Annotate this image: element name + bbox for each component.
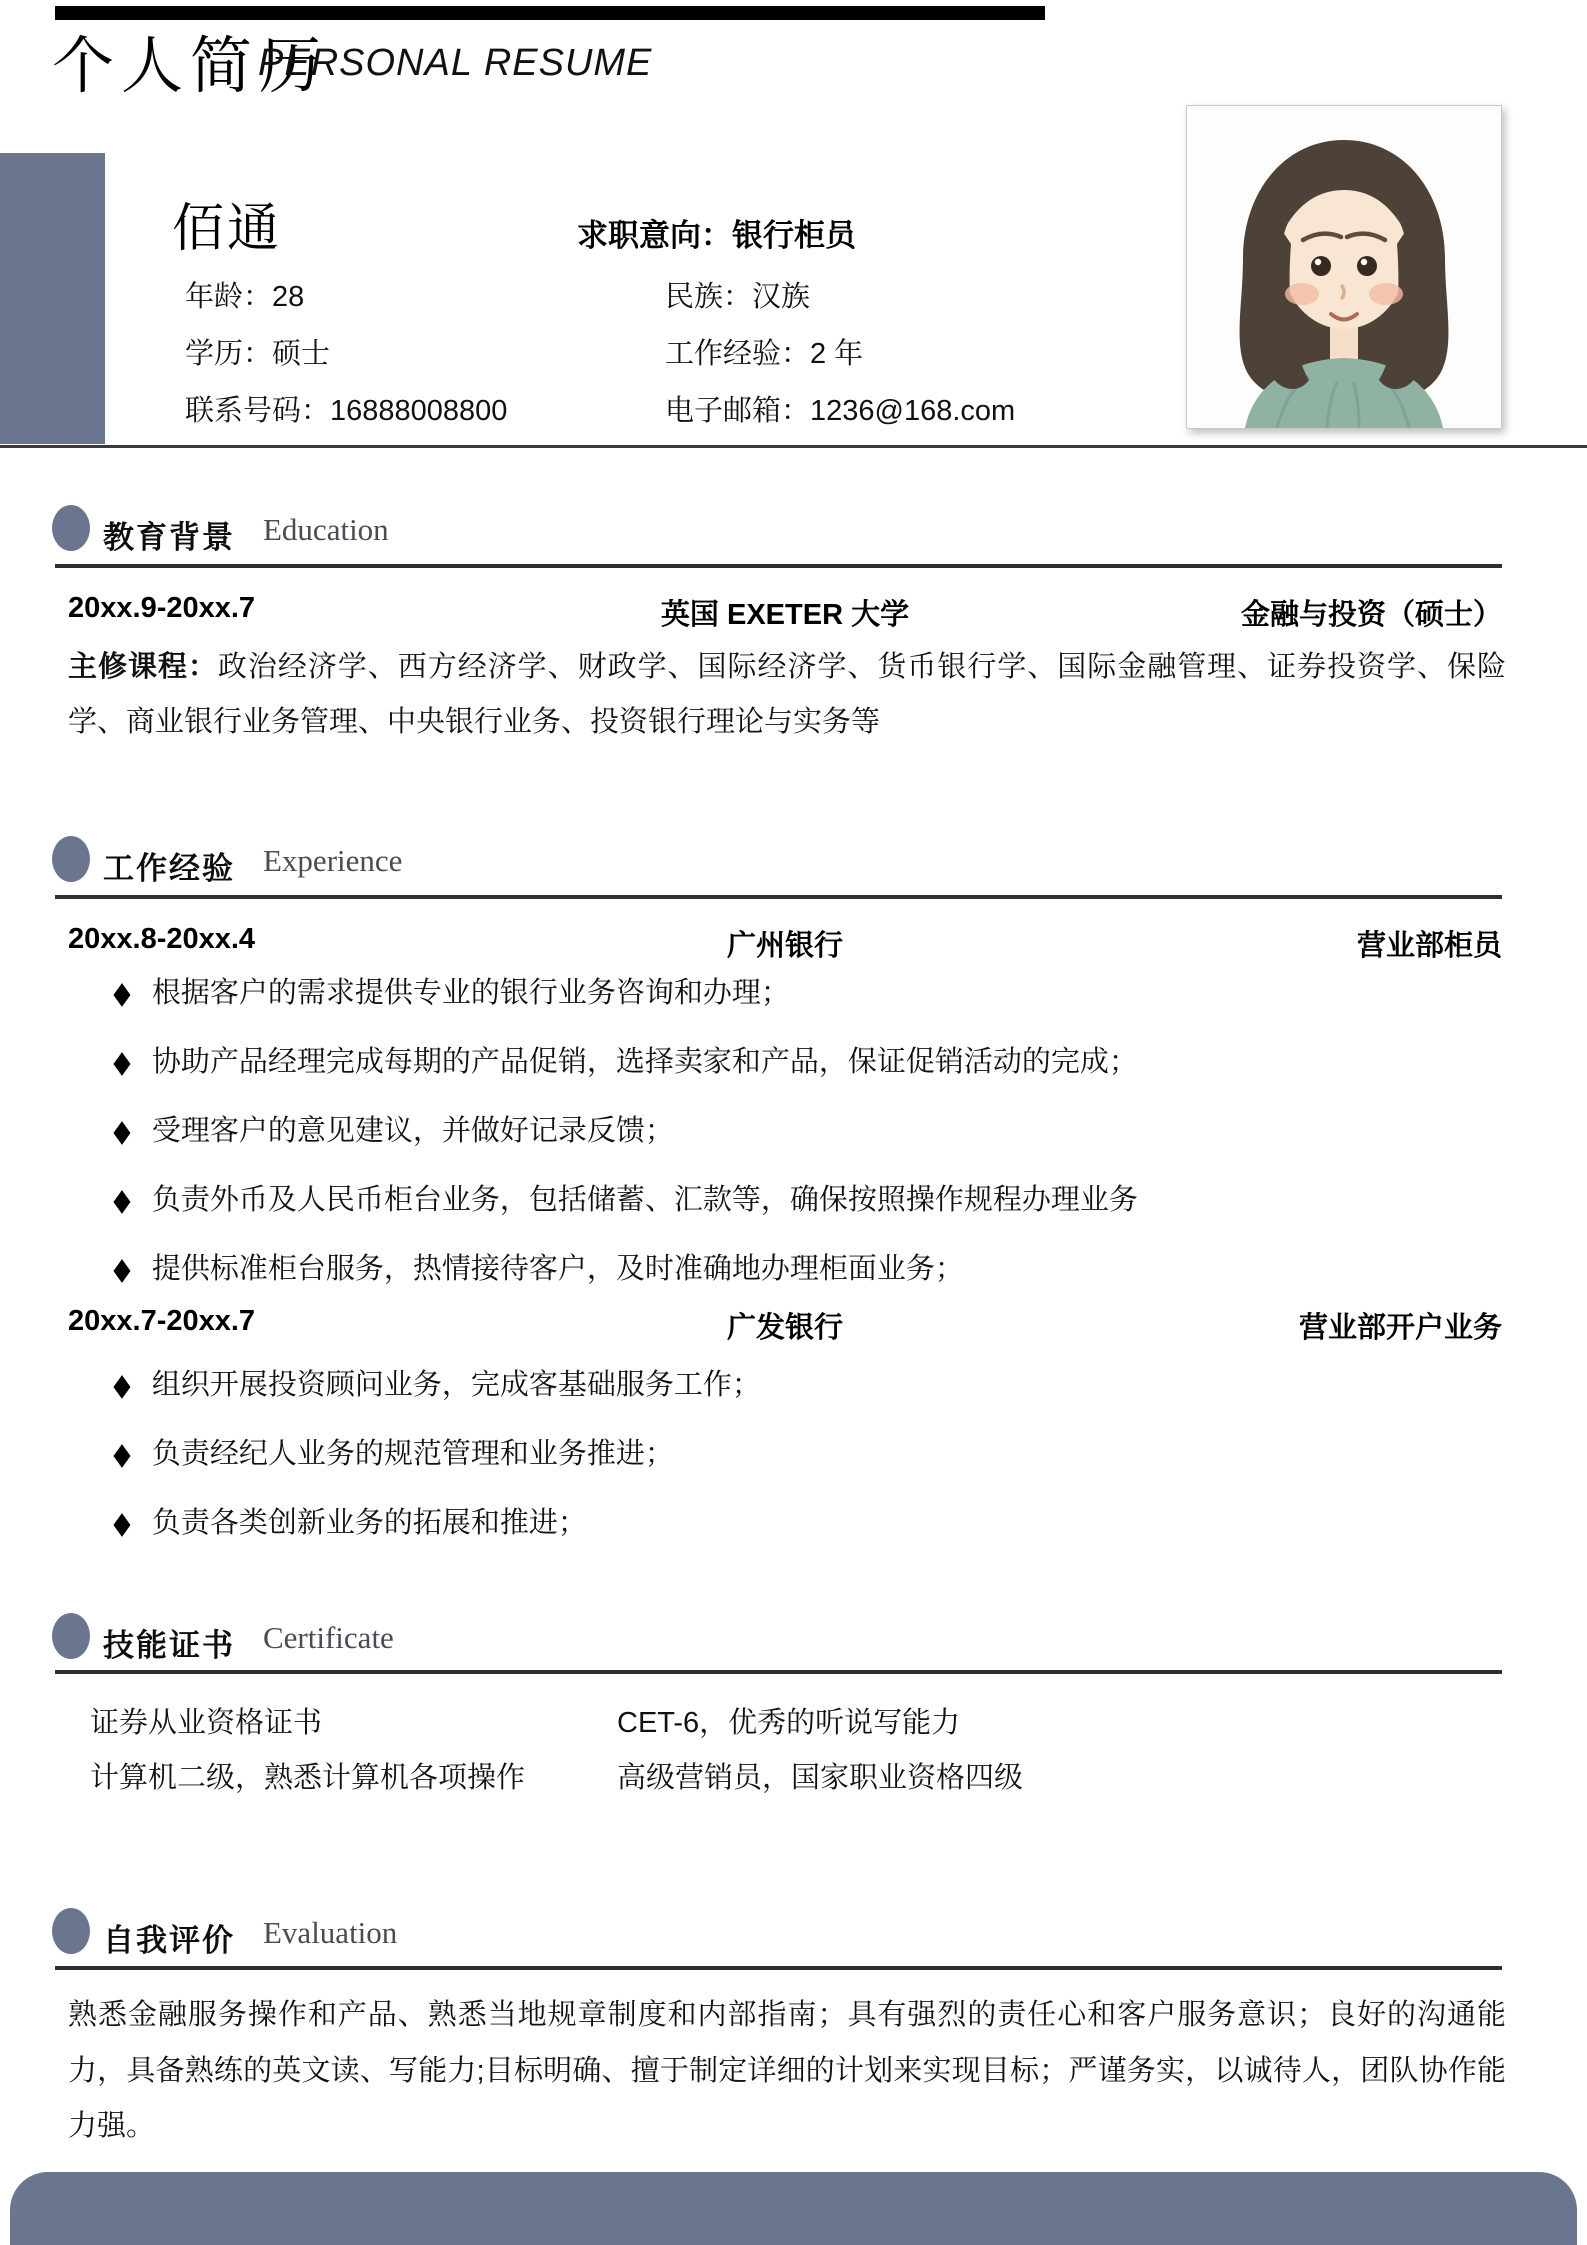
info-ethnicity: 民族：汉族 [665, 274, 810, 315]
resume-page: 个人简历 PERSONAL RESUME 佰通 求职意向：银行柜员 年龄：28 … [0, 0, 1587, 2245]
job-company: 广州银行 [516, 923, 1054, 964]
bullet-text: 负责各类创新业务的拓展和推进； [152, 1507, 587, 1539]
list-item: ◆负责各类创新业务的拓展和推进； [110, 1500, 1510, 1541]
section-subtitle-education: Education [263, 512, 389, 548]
profile-photo [1186, 105, 1502, 429]
education-courses: 主修课程：政治经济学、西方经济学、财政学、国际经济学、货币银行学、国际金融管理、… [68, 640, 1506, 750]
course-label: 主修课程： [68, 651, 218, 683]
diamond-bullet-icon: ◆ [113, 1251, 130, 1287]
avatar-illustration [1187, 106, 1501, 428]
job-date: 20xx.7-20xx.7 [68, 1305, 516, 1346]
course-text: 政治经济学、西方经济学、财政学、国际经济学、货币银行学、国际金融管理、证券投资学… [68, 651, 1506, 738]
education-school: 英国 EXETER 大学 [516, 592, 1054, 633]
job-bullet-list: ◆组织开展投资顾问业务，完成客基础服务工作； ◆负责经纪人业务的规范管理和业务推… [110, 1362, 1510, 1569]
list-item: ◆组织开展投资顾问业务，完成客基础服务工作； [110, 1362, 1510, 1403]
section-bullet-icon [52, 1908, 90, 1954]
job-bullet-list: ◆根据客户的需求提供专业的银行业务咨询和办理； ◆协助产品经理完成每期的产品促销… [110, 970, 1510, 1315]
certificate-item: 计算机二级，熟悉计算机各项操作 [90, 1755, 525, 1796]
list-item: ◆负责经纪人业务的规范管理和业务推进； [110, 1431, 1510, 1472]
job-row: 20xx.8-20xx.4 广州银行 营业部柜员 [68, 923, 1502, 964]
bullet-text: 提供标准柜台服务，热情接待客户，及时准确地办理柜面业务； [152, 1253, 964, 1285]
diamond-bullet-icon: ◆ [113, 1367, 130, 1403]
education-major: 金融与投资（硕士） [1054, 592, 1502, 633]
diamond-bullet-icon: ◆ [113, 1505, 130, 1541]
self-evaluation-text: 熟悉金融服务操作和产品、熟悉当地规章制度和内部指南；具有强烈的责任心和客户服务意… [68, 1988, 1506, 2155]
footer-accent-bar [10, 2172, 1577, 2245]
bullet-text: 负责经纪人业务的规范管理和业务推进； [152, 1438, 674, 1470]
section-subtitle-evaluation: Evaluation [263, 1915, 397, 1951]
education-date: 20xx.9-20xx.7 [68, 592, 516, 633]
certificate-item: CET-6，优秀的听说写能力 [617, 1700, 960, 1741]
diamond-bullet-icon: ◆ [113, 975, 130, 1011]
bullet-text: 负责外币及人民币柜台业务，包括储蓄、汇款等，确保按照操作规程办理业务 [152, 1184, 1138, 1216]
info-phone: 联系号码：16888008800 [185, 388, 507, 429]
bullet-text: 根据客户的需求提供专业的银行业务咨询和办理； [152, 977, 790, 1009]
diamond-bullet-icon: ◆ [113, 1044, 130, 1080]
candidate-name: 佰通 [172, 186, 282, 261]
info-email: 电子邮箱：1236@168.com [665, 388, 1015, 429]
section-title-experience: 工作经验 [103, 843, 235, 888]
section-title-education: 教育背景 [103, 512, 235, 557]
list-item: ◆根据客户的需求提供专业的银行业务咨询和办理； [110, 970, 1510, 1011]
bullet-text: 协助产品经理完成每期的产品促销，选择卖家和产品，保证促销活动的完成； [152, 1046, 1138, 1078]
left-accent-bar [0, 153, 105, 444]
list-item: ◆提供标准柜台服务，热情接待客户，及时准确地办理柜面业务； [110, 1246, 1510, 1287]
info-age: 年龄：28 [185, 274, 304, 315]
section-bullet-icon [52, 505, 90, 551]
list-item: ◆协助产品经理完成每期的产品促销，选择卖家和产品，保证促销活动的完成； [110, 1039, 1510, 1080]
job-company: 广发银行 [516, 1305, 1054, 1346]
section-subtitle-experience: Experience [263, 843, 402, 879]
job-row: 20xx.7-20xx.7 广发银行 营业部开户业务 [68, 1305, 1502, 1346]
list-item: ◆负责外币及人民币柜台业务，包括储蓄、汇款等，确保按照操作规程办理业务 [110, 1177, 1510, 1218]
section-title-certificate: 技能证书 [103, 1620, 235, 1665]
diamond-bullet-icon: ◆ [113, 1113, 130, 1149]
list-item: ◆受理客户的意见建议，并做好记录反馈； [110, 1108, 1510, 1149]
page-subtitle: PERSONAL RESUME [258, 42, 652, 85]
section-rule [55, 895, 1502, 899]
diamond-bullet-icon: ◆ [113, 1182, 130, 1218]
section-subtitle-certificate: Certificate [263, 1620, 394, 1656]
job-date: 20xx.8-20xx.4 [68, 923, 516, 964]
diamond-bullet-icon: ◆ [113, 1436, 130, 1472]
job-role: 营业部柜员 [1054, 923, 1502, 964]
section-bullet-icon [52, 1613, 90, 1659]
info-education: 学历：硕士 [185, 331, 330, 372]
job-objective: 求职意向：银行柜员 [577, 210, 856, 255]
certificate-item: 高级营销员，国家职业资格四级 [617, 1755, 1023, 1796]
info-experience-years: 工作经验：2 年 [665, 331, 863, 372]
section-rule [55, 1670, 1502, 1674]
section-rule [55, 1966, 1502, 1970]
job-role: 营业部开户业务 [1054, 1305, 1502, 1346]
bullet-text: 受理客户的意见建议，并做好记录反馈； [152, 1115, 674, 1147]
header-divider-line [0, 445, 1587, 448]
certificate-item: 证券从业资格证书 [90, 1700, 322, 1741]
section-rule [55, 564, 1502, 568]
section-title-evaluation: 自我评价 [103, 1915, 235, 1960]
education-row: 20xx.9-20xx.7 英国 EXETER 大学 金融与投资（硕士） [68, 592, 1502, 633]
section-bullet-icon [52, 836, 90, 882]
bullet-text: 组织开展投资顾问业务，完成客基础服务工作； [152, 1369, 761, 1401]
